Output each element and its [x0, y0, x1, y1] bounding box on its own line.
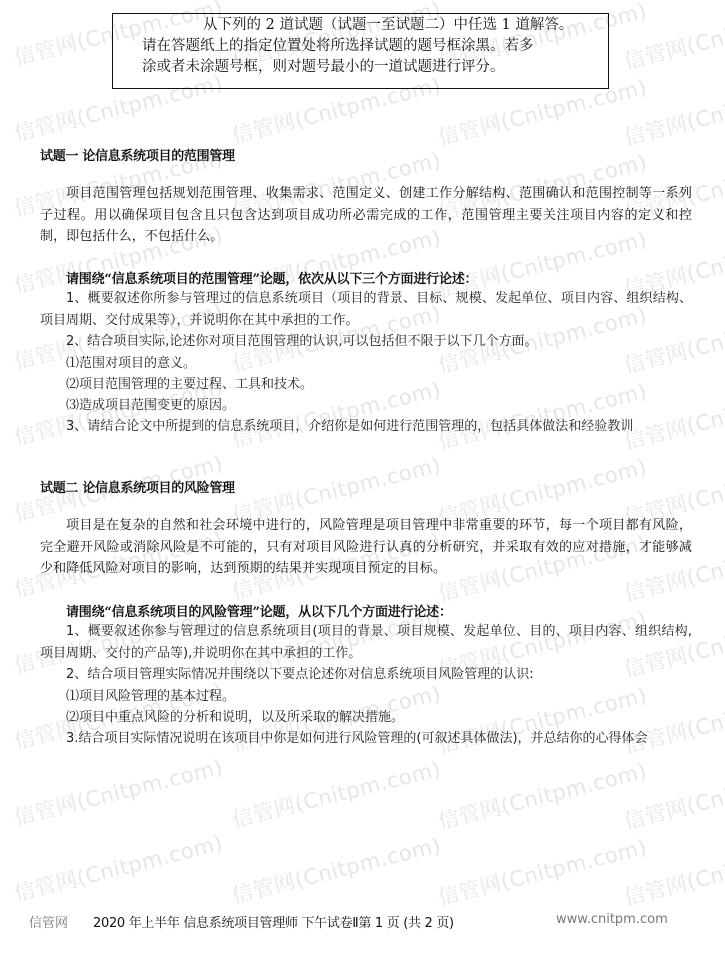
question2-item-2: 2、结合项目管理实际情况并围绕以下要点论述你对信息系统项目风险管理的认识:	[40, 664, 692, 686]
question1-subitem-2: ⑵项目范围管理的主要过程、工具和技术。	[66, 373, 313, 392]
question1-title: 试题一 论信息系统项目的范围管理	[40, 145, 235, 164]
question2-item-1: 1、概要叙述你参与管理过的信息系统项目(项目的背景、项目规模、发起单位、目的、项…	[40, 621, 692, 664]
question2-title: 试题二 论信息系统项目的风险管理	[40, 477, 235, 496]
notice-line-2: 请在答题纸上的指定位置处将所选择试题的题号框涂黑。若多	[142, 36, 534, 57]
question1-item-2: 2、结合项目实际,论述你对项目范围管理的认识,可以包括但不限于以下几个方面。	[40, 331, 692, 353]
notice-line-1: 从下列的 2 道试题（试题一至试题二）中任选 1 道解答。	[203, 15, 573, 36]
footer-exam-info: 2020 年上半年 信息系统项目管理师 下午试卷Ⅱ第 1 页 (共 2 页)	[93, 912, 454, 931]
exam-page: 从下列的 2 道试题（试题一至试题二）中任选 1 道解答。 请在答题纸上的指定位…	[0, 0, 725, 956]
question2-subitem-2: ⑵项目中重点风险的分析和说明，以及所采取的解决措施。	[66, 706, 404, 725]
footer-brand: 信管网	[29, 912, 68, 931]
notice-line-3: 涂或者未涂题号框，则对题号最小的一道试题进行评分。	[142, 57, 505, 78]
footer-url[interactable]: www.cnitpm.com	[556, 912, 668, 927]
question1-subitem-3: ⑶造成项目范围变更的原因。	[66, 394, 235, 413]
page-footer: 信管网 2020 年上半年 信息系统项目管理师 下午试卷Ⅱ第 1 页 (共 2 …	[0, 912, 725, 934]
question2-subitem-1: ⑴项目风险管理的基本过程。	[66, 685, 235, 704]
question1-requirement-title: 请围绕“信息系统项目的范围管理”论题，依次从以下三个方面进行论述：	[66, 268, 477, 287]
instruction-notice-box: 从下列的 2 道试题（试题一至试题二）中任选 1 道解答。 请在答题纸上的指定位…	[112, 13, 609, 89]
question1-intro: 项目范围管理包括规划范围管理、收集需求、范围定义、创建工作分解结构、范围确认和范…	[40, 183, 692, 248]
question1-item-1: 1、概要叙述你所参与管理过的信息系统项目（项目的背景、目标、规模、发起单位、项目…	[40, 288, 692, 331]
question1-subitem-1: ⑴范围对项目的意义。	[66, 352, 196, 371]
question2-intro: 项目是在复杂的自然和社会环境中进行的，风险管理是项目管理中非常重要的环节，每一个…	[40, 515, 692, 580]
question1-final-item: 3、请结合论文中所提到的信息系统项目，介绍你是如何进行范围管理的，包括具体做法和…	[66, 415, 633, 434]
question2-requirement-title: 请围绕“信息系统项目的风险管理”论题，从以下几个方面进行论述：	[66, 601, 452, 620]
question2-final-item: 3.结合项目实际情况说明在该项目中你是如何进行风险管理的(可叙述具体做法)，并总…	[66, 727, 648, 746]
